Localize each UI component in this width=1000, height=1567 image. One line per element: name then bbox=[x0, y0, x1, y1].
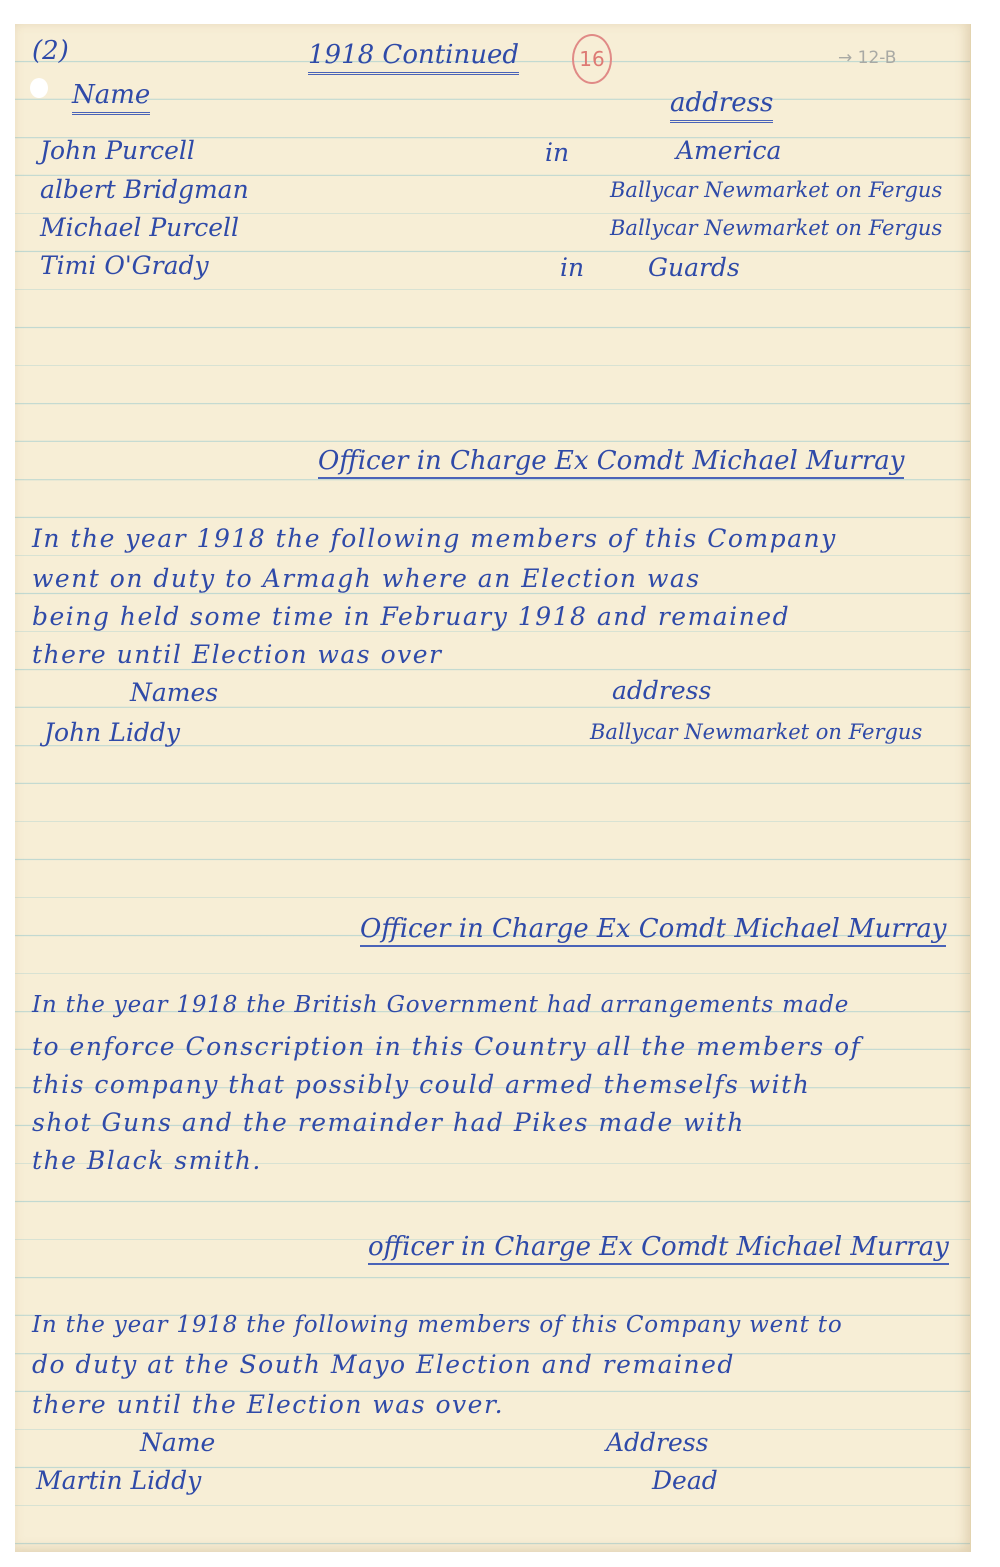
list-item-prefix: in bbox=[545, 138, 569, 167]
paragraph-line: there until the Election was over. bbox=[32, 1390, 504, 1419]
section-heading: Officer in Charge Ex Comdt Michael Murra… bbox=[318, 446, 904, 479]
paragraph-line: do duty at the South Mayo Election and r… bbox=[32, 1350, 735, 1379]
name-column-header: Name bbox=[140, 1428, 215, 1457]
section-heading: officer in Charge Ex Comdt Michael Murra… bbox=[368, 1232, 949, 1265]
paragraph-line: went on duty to Armagh where an Election… bbox=[32, 564, 701, 593]
list-item-address: Ballycar Newmarket on Fergus bbox=[610, 178, 942, 202]
name-column-header: Names bbox=[130, 678, 218, 707]
page-title: 1918 Continued bbox=[308, 40, 519, 75]
list-item-address: Ballycar Newmarket on Fergus bbox=[610, 216, 942, 240]
list-item-address: Dead bbox=[652, 1466, 718, 1495]
page-number: (2) bbox=[32, 36, 69, 66]
list-item-name: John Liddy bbox=[44, 718, 180, 747]
paragraph-line: In the year 1918 the following members o… bbox=[32, 1312, 842, 1338]
list-item-name: albert Bridgman bbox=[40, 175, 249, 204]
name-column-header: Name bbox=[72, 80, 150, 115]
list-item-name: Timi O'Grady bbox=[40, 251, 209, 280]
archive-reference: → 12-B bbox=[838, 48, 896, 68]
paragraph-line: to enforce Conscription in this Country … bbox=[32, 1032, 861, 1061]
address-column-header: address bbox=[670, 88, 773, 123]
folio-mark: 16 bbox=[572, 34, 612, 84]
paragraph-line: there until Election was over bbox=[32, 640, 443, 669]
paragraph-line: In the year 1918 the following members o… bbox=[32, 524, 837, 553]
paragraph-line: shot Guns and the remainder had Pikes ma… bbox=[32, 1108, 745, 1137]
list-item-address: Guards bbox=[648, 253, 740, 282]
list-item-prefix: in bbox=[560, 253, 584, 282]
paragraph-line: In the year 1918 the British Government … bbox=[32, 992, 849, 1018]
list-item-name: Michael Purcell bbox=[40, 213, 239, 242]
list-item-address: Ballycar Newmarket on Fergus bbox=[590, 720, 922, 744]
list-item-name: Martin Liddy bbox=[36, 1466, 201, 1495]
paragraph-line: being held some time in February 1918 an… bbox=[32, 602, 790, 631]
paragraph-line: this company that possibly could armed t… bbox=[32, 1070, 810, 1099]
address-column-header: address bbox=[612, 676, 711, 705]
section-heading: Officer in Charge Ex Comdt Michael Murra… bbox=[360, 914, 946, 947]
paragraph-line: the Black smith. bbox=[32, 1146, 262, 1175]
list-item-name: John Purcell bbox=[40, 136, 195, 165]
punch-hole bbox=[30, 78, 48, 98]
list-item-address: America bbox=[676, 136, 781, 165]
address-column-header: Address bbox=[606, 1428, 708, 1457]
